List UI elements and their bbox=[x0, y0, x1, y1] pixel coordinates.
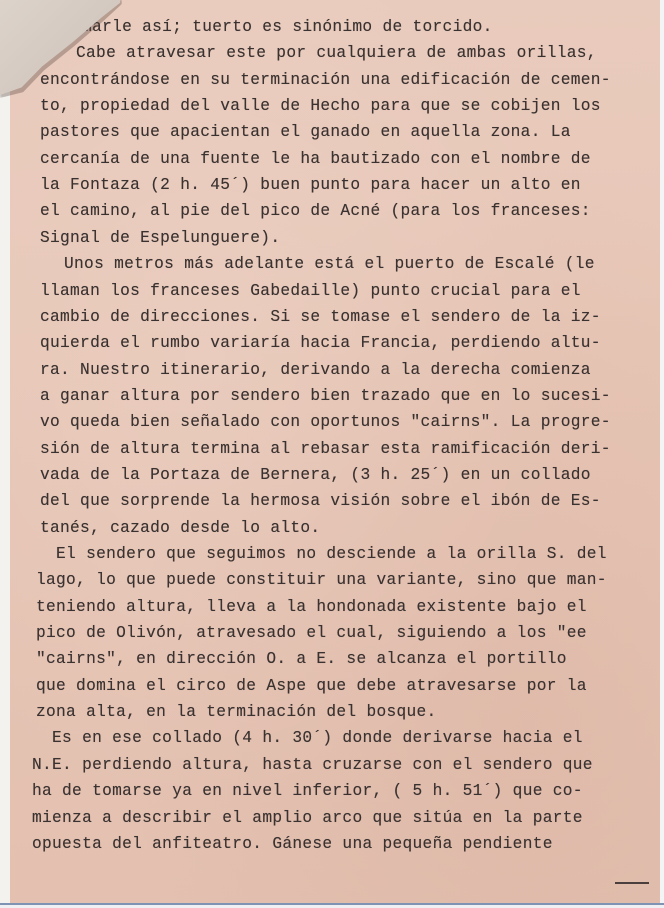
text-line: ra. Nuestro itinerario, derivando a la d… bbox=[40, 361, 591, 379]
text-line: ha de tomarse ya en nivel inferior, ( 5 … bbox=[32, 782, 583, 800]
page-edge-bottom bbox=[0, 903, 664, 908]
text-line: el camino, al pie del pico de Acné (para… bbox=[40, 202, 591, 220]
text-line: lago, lo que puede constituir una varian… bbox=[36, 571, 607, 589]
text-line: El sendero que seguimos no desciende a l… bbox=[36, 545, 607, 563]
text-line: "cairns", en dirección O. a E. se alcanz… bbox=[36, 650, 567, 668]
text-line: vo queda bien señalado con oportunos "ca… bbox=[40, 413, 611, 431]
text-line: zona alta, en la terminación del bosque. bbox=[36, 703, 437, 721]
text-line: to, propiedad del valle de Hecho para qu… bbox=[40, 97, 601, 115]
text-line: la Fontaza (2 h. 45´) buen punto para ha… bbox=[40, 176, 581, 194]
text-line: vada de la Portaza de Bernera, (3 h. 25´… bbox=[40, 466, 591, 484]
text-line: tanés, cazado desde lo alto. bbox=[40, 519, 320, 537]
text-line: Unos metros más adelante está el puerto … bbox=[44, 255, 595, 273]
text-line: N.E. perdiendo altura, hasta cruzarse co… bbox=[32, 756, 593, 774]
text-line: cercanía de una fuente le ha bautizado c… bbox=[40, 150, 591, 168]
text-line: quierda el rumbo variaría hacia Francia,… bbox=[40, 334, 601, 352]
text-line: Signal de Espelunguere). bbox=[40, 229, 280, 247]
text-line: opuesta del anfiteatro. Gánese una peque… bbox=[32, 835, 553, 853]
text-line: Cabe atravesar este por cualquiera de am… bbox=[56, 44, 597, 62]
text-line: pico de Olivón, atravesado el cual, sigu… bbox=[36, 624, 587, 642]
text-line: llaman los franceses Gabedaille) punto c… bbox=[40, 282, 581, 300]
continuation-mark bbox=[615, 882, 649, 884]
text-line: a ganar altura por sendero bien trazado … bbox=[40, 387, 611, 405]
text-line: encontrándose en su terminación una edif… bbox=[40, 71, 611, 89]
page-edge-right bbox=[660, 0, 664, 908]
text-line: teniendo altura, lleva a la hondonada ex… bbox=[36, 598, 587, 616]
text-line: pastores que apacientan el ganado en aqu… bbox=[40, 123, 571, 141]
text-line: llamarle así; tuerto es sinónimo de torc… bbox=[52, 18, 493, 36]
text-line: cambio de direcciones. Si se tomase el s… bbox=[40, 308, 601, 326]
text-line: Es en ese collado (4 h. 30´) donde deriv… bbox=[32, 729, 583, 747]
text-line: que domina el circo de Aspe que debe atr… bbox=[36, 677, 587, 695]
text-line: mienza a describir el amplio arco que si… bbox=[32, 809, 583, 827]
text-line: sión de altura termina al rebasar esta r… bbox=[40, 440, 611, 458]
text-line: del que sorprende la hermosa visión sobr… bbox=[40, 492, 601, 510]
